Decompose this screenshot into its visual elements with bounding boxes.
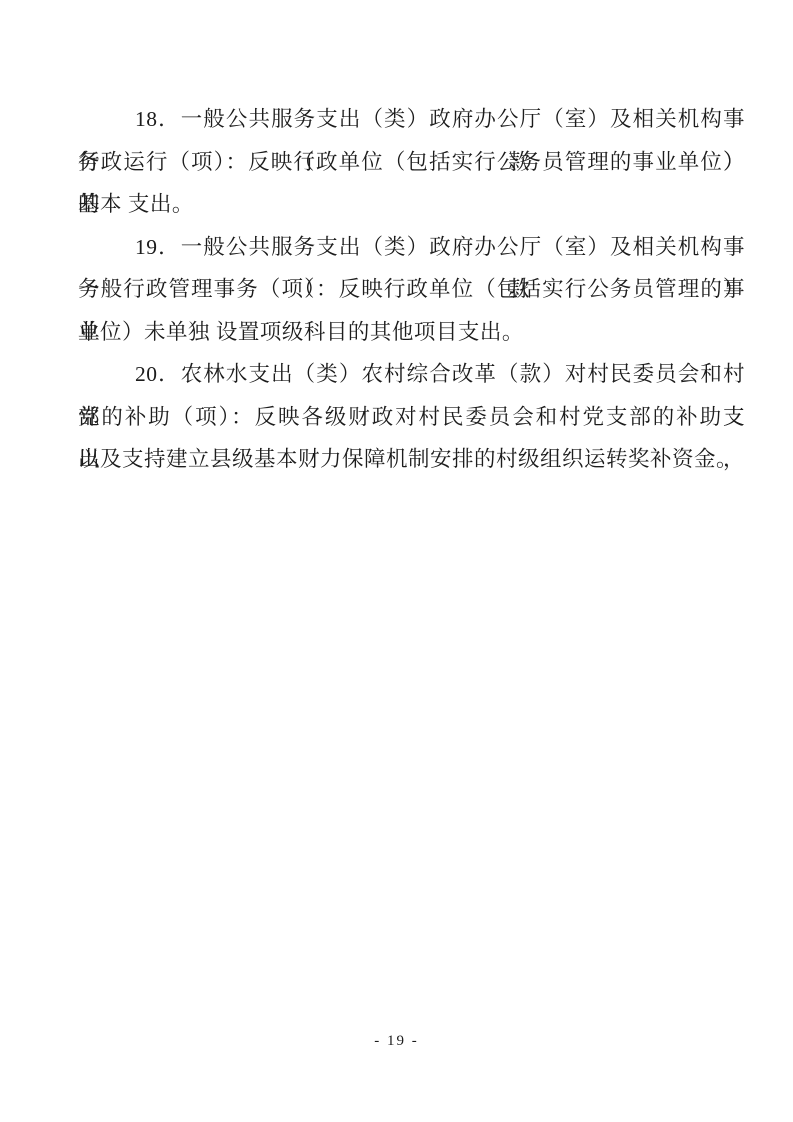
paragraph-18-line-3: 基本 支出。 — [78, 183, 745, 226]
paragraph-20-line-3: 以及支持建立县级基本财力保障机制安排的村级组织运转奖补资金。 — [78, 438, 745, 481]
page-number: - 19 - — [374, 1033, 419, 1049]
paragraph-20-line-2: 部的补助（项）：反映各级财政对村民委员会和村党支部的补助支出， — [78, 396, 745, 439]
paragraph-20-line-1: 20．农林水支出（类）农村综合改革（款）对村民委员会和村党支 — [78, 353, 745, 396]
paragraph-19-line-3: 单位）未单独 设置项级科目的其他项目支出。 — [78, 311, 745, 354]
document-page: 18．一般公共服务支出（类）政府办公厅（室）及相关机构事务（款） 行政运行（项）… — [0, 0, 793, 1122]
paragraph-19-line-1: 19．一般公共服务支出（类）政府办公厅（室）及相关机构事务（款） — [78, 226, 745, 269]
paragraph-19-line-2: 一般行政管理事务（项）：反映行政单位（包括实行公务员管理的事业 — [78, 268, 745, 311]
page-footer: - 19 - — [0, 1032, 793, 1050]
paragraph-18-line-1: 18．一般公共服务支出（类）政府办公厅（室）及相关机构事务（款） — [78, 98, 745, 141]
document-body: 18．一般公共服务支出（类）政府办公厅（室）及相关机构事务（款） 行政运行（项）… — [78, 98, 745, 481]
paragraph-18-line-2: 行政运行（项）：反映行政单位（包括实行公务员管理的事业单位）的 — [78, 141, 745, 184]
